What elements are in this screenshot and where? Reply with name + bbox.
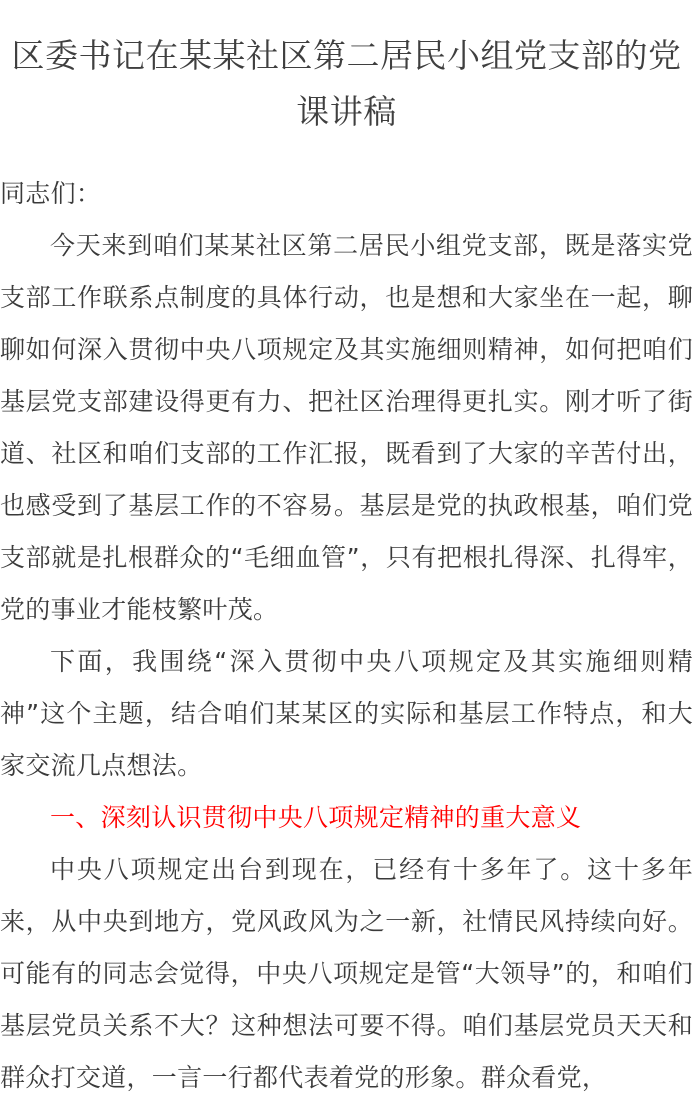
section-1-paragraph: 中央八项规定出台到现在，已经有十多年了。这十多年来，从中央到地方，党风政风为之一…	[0, 844, 693, 1097]
document: 区委书记在某某社区第二居民小组党支部的党课讲稿 同志们： 今天来到咱们某某社区第…	[0, 0, 693, 1097]
paragraph-outline: 下面，我围绕“深入贯彻中央八项规定及其实施细则精神”这个主题，结合咱们某某区的实…	[0, 636, 693, 792]
section-heading-1: 一、深刻认识贯彻中央八项规定精神的重大意义	[0, 792, 693, 844]
document-title: 区委书记在某某社区第二居民小组党支部的党课讲稿	[0, 0, 693, 140]
paragraph-intro: 今天来到咱们某某社区第二居民小组党支部，既是落实党支部工作联系点制度的具体行动，…	[0, 220, 693, 636]
salutation: 同志们：	[0, 168, 693, 220]
document-body: 同志们： 今天来到咱们某某社区第二居民小组党支部，既是落实党支部工作联系点制度的…	[0, 168, 693, 1097]
